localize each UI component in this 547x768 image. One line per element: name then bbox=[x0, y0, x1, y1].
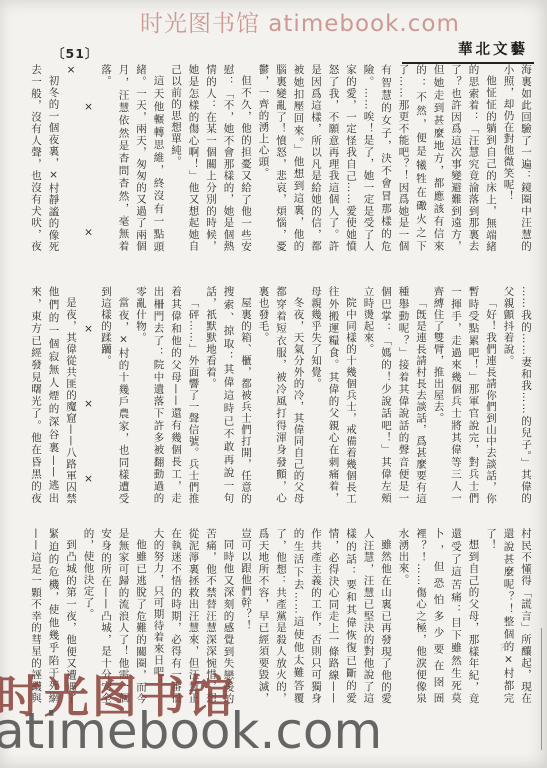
scanned-book-page: 时光图书馆 atimebook.com 〔51〕 華北文藝 海裏如此回驗了一遍：… bbox=[0, 0, 547, 768]
paragraph: 這天他輾轉思維，終沒有一點頭緒。一天，兩天，匆匆的又過了兩個月，汪慧依然是杳問杳… bbox=[97, 64, 167, 252]
paragraph: 是夜，其偉從共匪的魔窟——八路軍囚禁他們的一個寂無人煙的深谷裏——逃出來，東方已… bbox=[28, 286, 79, 504]
page-fold-line bbox=[541, 628, 543, 750]
watermark-bottom-site: atimebook.com bbox=[0, 702, 382, 760]
paragraph: 海裏如此回驗了一遍：鏡圈中汪慧的小照，却仍在對他微笑呢！ bbox=[499, 64, 534, 252]
paragraph: 初冬的一個夜裏，×村靜謐的像死去一般，沒有人聲，也沒有犬吠，夜已經很深，四野都是… bbox=[28, 64, 62, 252]
paragraph: 雖然他在山裏已再發現了他的愛人汪慧，汪慧已堅決的對他說了這樣的話：要和其偉恢復已… bbox=[237, 528, 395, 704]
watermark-top: 时光图书馆 atimebook.com bbox=[140, 5, 460, 38]
paragraph: 冬夜，天氣分外的冷，其偉同自己的父母都穿着短衣服，被冷風打得渾身發顫，心裏也發毛… bbox=[254, 286, 307, 504]
paragraph: 屋裏的箱、櫃，都被兵士們打開，任意的搜索、掠取：其偉這時已不敢再說一句話，祇默默… bbox=[202, 286, 255, 504]
paragraph: ……我的……妻和我……的兒子。」其偉的父親顫抖着說。 bbox=[499, 286, 534, 504]
page-number: 〔51〕 bbox=[52, 44, 98, 62]
paragraph: 但不久，他的担憂又給了他一些安慰：「不，她不會那樣的，她是個熱情的人：在某一個關… bbox=[167, 64, 255, 252]
paragraph: × × × bbox=[62, 64, 97, 252]
paragraph: 村民不懂得「謊言」所釀起，現在還說甚麼呢？！整個的×村都完了！ bbox=[482, 528, 535, 704]
paragraph: 「好！我們連長請你們到山中去談話，你暫時受點累吧！」那軍官說完，對兵士們一揮手，… bbox=[429, 286, 499, 504]
journal-title: 華北文藝 bbox=[402, 38, 534, 64]
paragraph: 「旣是連長請村長去談話，爲甚麼要有這種舉動呢？」接着其偉說話的聲音便是一個巴掌：… bbox=[359, 286, 429, 504]
story-text-tier-1: 海裏如此回驗了一遍：鏡圈中汪慧的小照，却仍在對他微笑呢！他怔怔的躺到自己的床上，… bbox=[28, 64, 534, 252]
paragraph: 「砰……」外面響了一聲信號。兵士們推着其偉和他的父母——還有幾個長工，走出柵門去… bbox=[132, 286, 202, 504]
story-text-tier-2: ……我的……妻和我……的兒子。」其偉的父親顫抖着說。「好！我們連長請你們到山中去… bbox=[28, 286, 534, 504]
paragraph: 院中同樣的十幾個兵士，戒備着幾個長工往外搬運糧食。其偉的父親心在刺痛着，母親幾乎… bbox=[307, 286, 360, 504]
paragraph: 想到自己的父母，那樣年紀，竟還受了這苦痛：目下雖然生死莫卜，但恐怕多少要在囹圄裡… bbox=[394, 528, 482, 704]
paragraph: 他怔怔的躺到自己的床上，無端緒的思索着：「汪慧究竟淪落到那裏去了？也許因爲這次事… bbox=[254, 64, 499, 252]
paragraph: × × × bbox=[79, 286, 97, 504]
paragraph: 當夜，×村的十幾戶農家，也同樣遭受到這樣的蹂躪。 bbox=[97, 286, 132, 504]
